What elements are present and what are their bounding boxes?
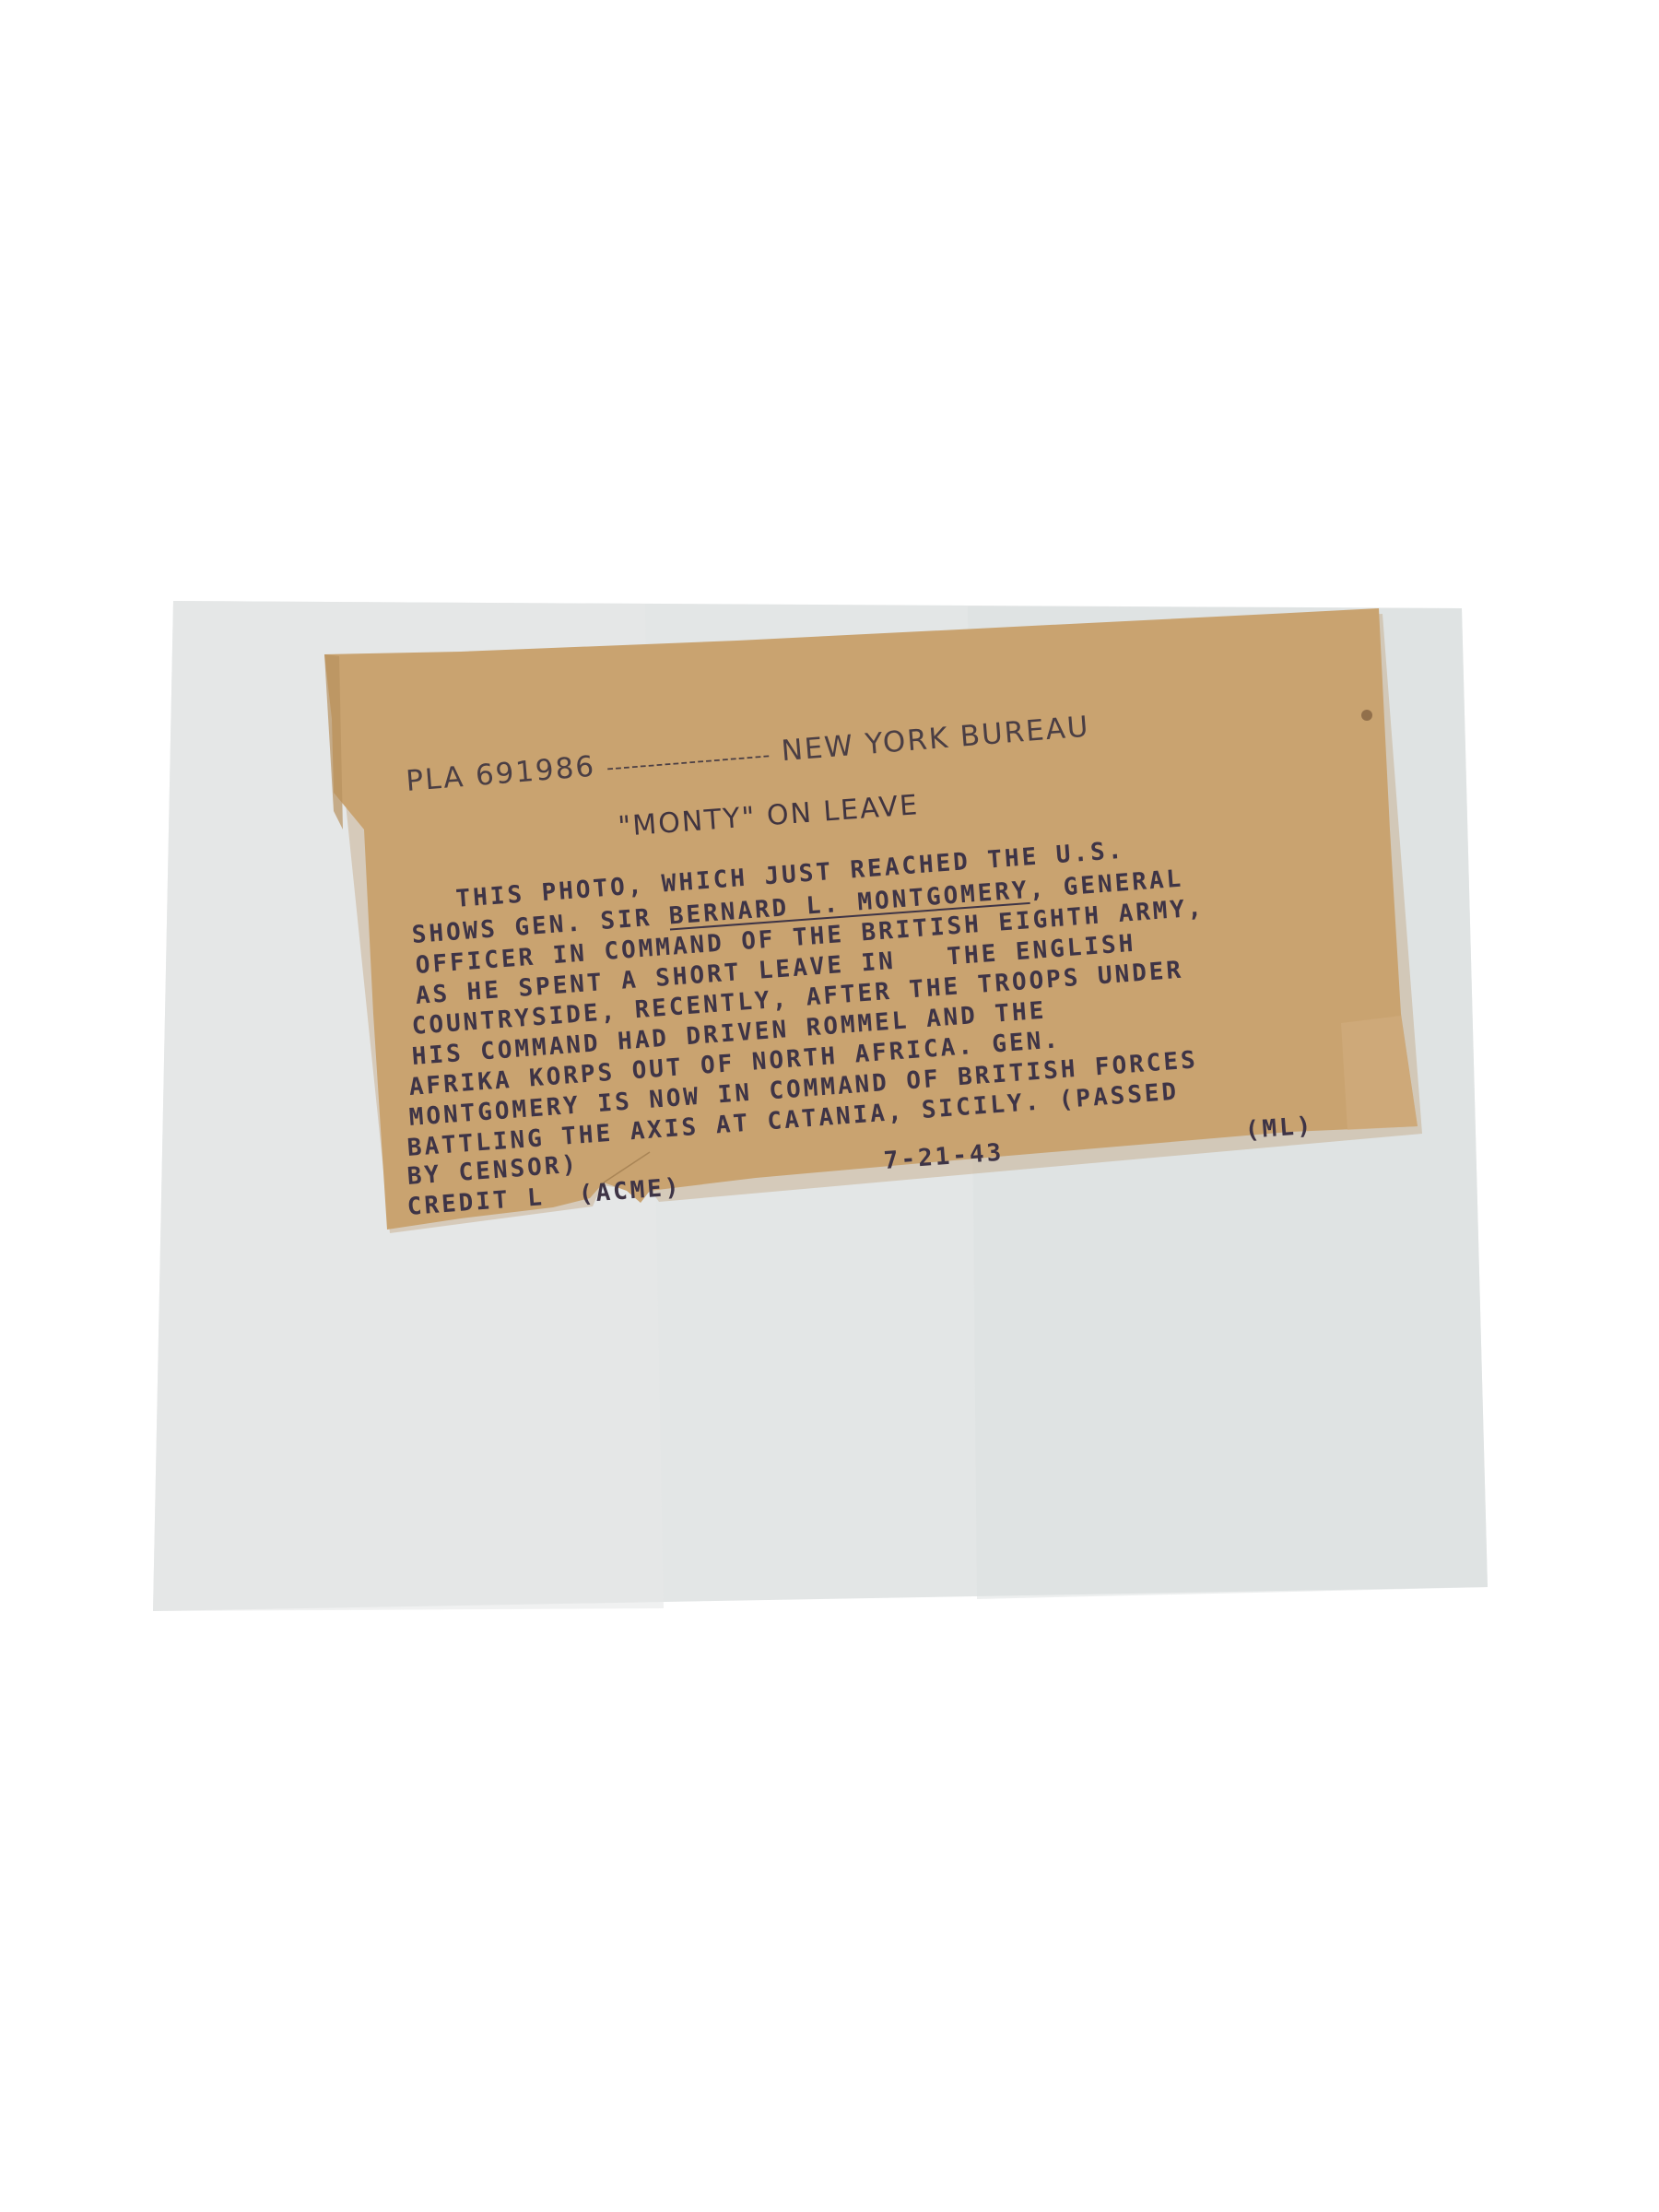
initials: (ML) [1244, 1112, 1315, 1145]
photo-print: PLA 691986 -------------------- NEW YORK… [0, 0, 1659, 2212]
caption-text: PLA 691986 -------------------- NEW YORK… [0, 0, 47, 350]
ink-spot [1361, 710, 1372, 721]
